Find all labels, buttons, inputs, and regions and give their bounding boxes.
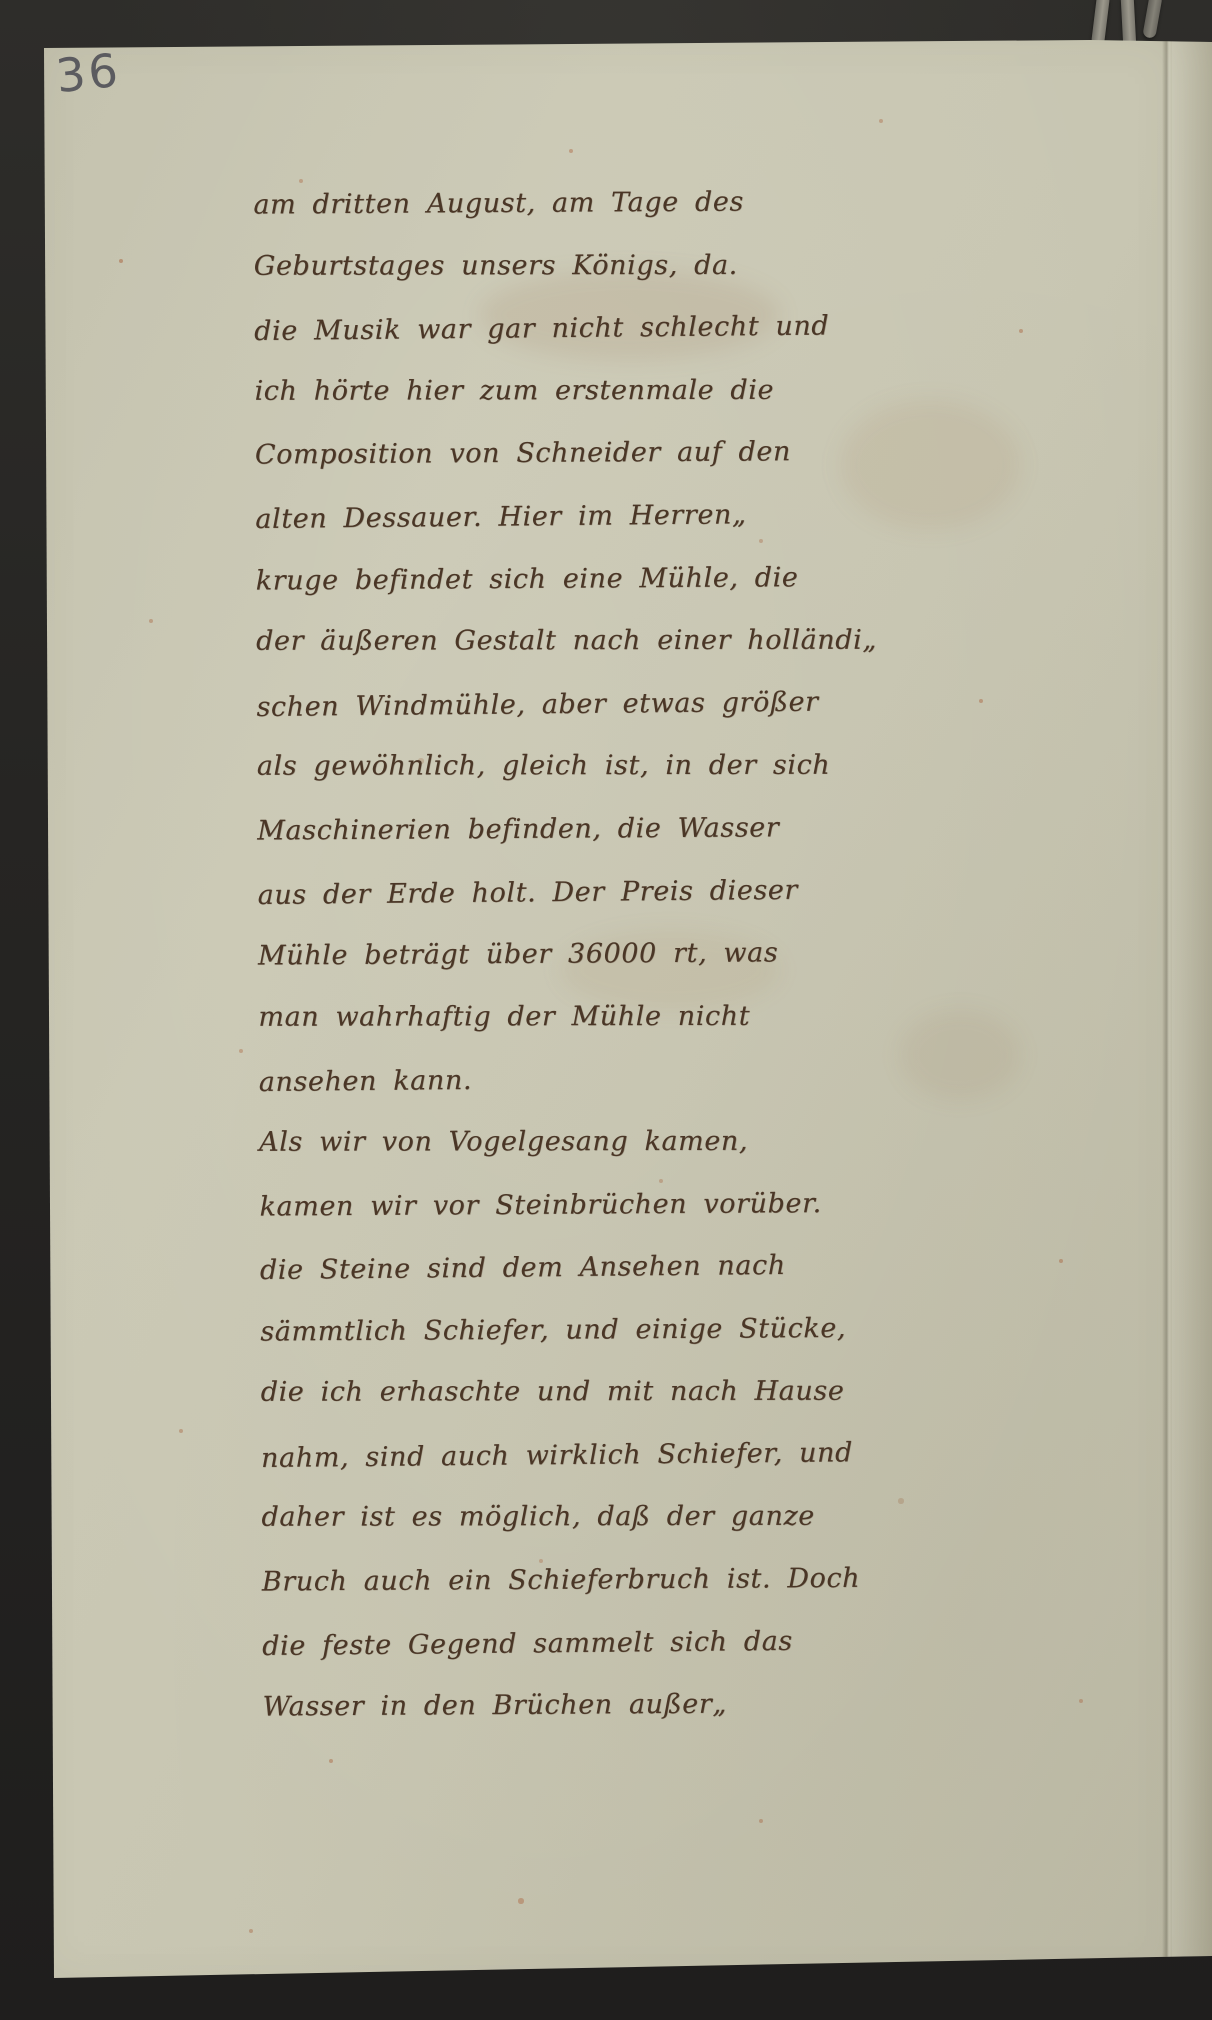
manuscript-line: kamen wir vor Steinbrüchen vorüber. xyxy=(259,1171,1089,1239)
manuscript-line: am dritten August, am Tage des xyxy=(253,169,1083,237)
manuscript-line: ansehen kann. xyxy=(258,1044,1089,1115)
manuscript-line: man wahrhaftig der Mühle nicht xyxy=(258,985,1088,1049)
manuscript-line: die Steine sind dem Ansehen nach xyxy=(260,1232,1091,1303)
binding-cord xyxy=(1091,0,1110,47)
manuscript-line: die Musik war gar nicht schlecht und xyxy=(254,293,1085,364)
underlying-page-edge xyxy=(1172,40,1212,2020)
manuscript-line: der äußeren Gestalt nach einer holländi„ xyxy=(256,609,1086,673)
manuscript-line: die ich erhaschte und mit nach Hause xyxy=(261,1361,1091,1425)
manuscript-line: alten Dessauer. Hier im Herren„ xyxy=(255,481,1086,552)
manuscript-line: schen Windmühle, aber etwas größer xyxy=(256,669,1087,740)
page-number: 36 xyxy=(53,43,123,103)
manuscript-line: ich hörte hier zum erstenmale die xyxy=(255,359,1085,423)
manuscript-line: daher ist es möglich, daß der ganze xyxy=(261,1486,1091,1550)
manuscript-line: Maschinerien befinden, die Wasser xyxy=(257,795,1087,863)
manuscript-line: Geburtstages unsers Königs, da. xyxy=(254,234,1084,298)
manuscript-line: sämmtlich Schiefer, und einige Stücke, xyxy=(260,1296,1090,1364)
manuscript-page: 36 am dritten August, am Tage desGeburts… xyxy=(0,0,1212,2020)
manuscript-line: aus der Erde holt. Der Preis dieser xyxy=(257,857,1088,928)
binding-cord xyxy=(1142,0,1162,39)
manuscript-line: Als wir von Vogelgesang kamen, xyxy=(259,1110,1089,1174)
manuscript-line: Bruch auch ein Schieferbruch ist. Doch xyxy=(262,1547,1092,1615)
manuscript-line: Wasser in den Brüchen außer„ xyxy=(262,1672,1092,1740)
paper-fiber-specks xyxy=(0,0,2,2)
handwritten-text-block: am dritten August, am Tage desGeburtstag… xyxy=(253,169,1093,1739)
manuscript-line: Composition von Schneider auf den xyxy=(255,420,1085,488)
manuscript-line: nahm, sind auch wirklich Schiefer, und xyxy=(261,1420,1092,1491)
manuscript-line: Mühle beträgt über 36000 rt, was xyxy=(258,921,1088,989)
manuscript-line: kruge befindet sich eine Mühle, die xyxy=(256,545,1086,613)
manuscript-line: als gewöhnlich, gleich ist, in der sich xyxy=(257,735,1087,799)
page-fold-crease xyxy=(1162,40,1172,2020)
manuscript-line: die feste Gegend sammelt sich das xyxy=(262,1608,1093,1679)
scan-background: 36 am dritten August, am Tage desGeburts… xyxy=(0,0,1212,2020)
